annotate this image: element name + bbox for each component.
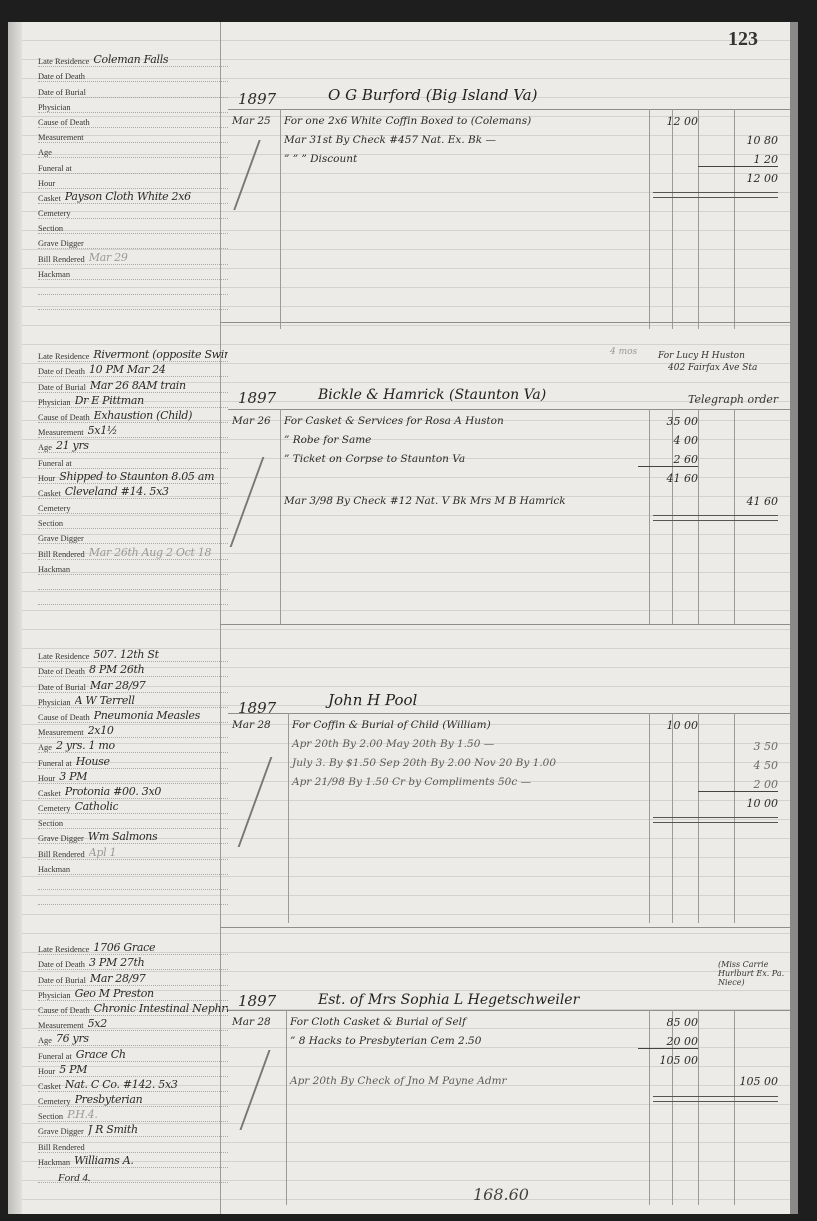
ledger-entry: Late ResidenceColeman Falls Date of Deat…: [8, 52, 798, 342]
page-total: 168.60: [473, 1185, 529, 1204]
burial-form: Late ResidenceColeman Falls Date of Deat…: [38, 52, 228, 310]
account-name: John H Pool: [328, 691, 417, 709]
ledger-entry: Late Residence507. 12th St Date of Death…: [8, 647, 798, 937]
account-name: Est. of Mrs Sophia L Hegetschweiler: [318, 992, 579, 1008]
ledger-year: 1897: [238, 90, 276, 108]
ledger-entry: Late ResidenceRivermont (opposite Swinha…: [8, 347, 798, 637]
account-ledger: 4 mos For Lucy H Huston 402 Fairfax Ave …: [228, 347, 790, 627]
burial-form: Late Residence507. 12th St Date of Death…: [38, 647, 228, 905]
ledger-page: 123 Late ResidenceColeman Falls Date of …: [8, 22, 798, 1214]
account-ledger: 1897 O G Burford (Big Island Va) Mar 25 …: [228, 52, 790, 332]
account-name: Bickle & Hamrick (Staunton Va): [318, 387, 546, 403]
account-ledger: 1897 Est. of Mrs Sophia L Hegetschweiler…: [228, 940, 790, 1210]
late-residence-value: Coleman Falls: [93, 53, 168, 66]
paid-tick-mark: [233, 140, 284, 210]
ledger-entry: Late Residence1706 Grace Date of Death3 …: [8, 940, 798, 1210]
page-number: 123: [728, 28, 758, 51]
burial-form: Late ResidenceRivermont (opposite Swinha…: [38, 347, 228, 605]
account-name: O G Burford (Big Island Va): [328, 86, 537, 104]
burial-form: Late Residence1706 Grace Date of Death3 …: [38, 940, 228, 1183]
page-edge: [790, 22, 798, 1214]
account-ledger: 1897 John H Pool Mar 28 For Coffin & Bur…: [228, 647, 790, 927]
